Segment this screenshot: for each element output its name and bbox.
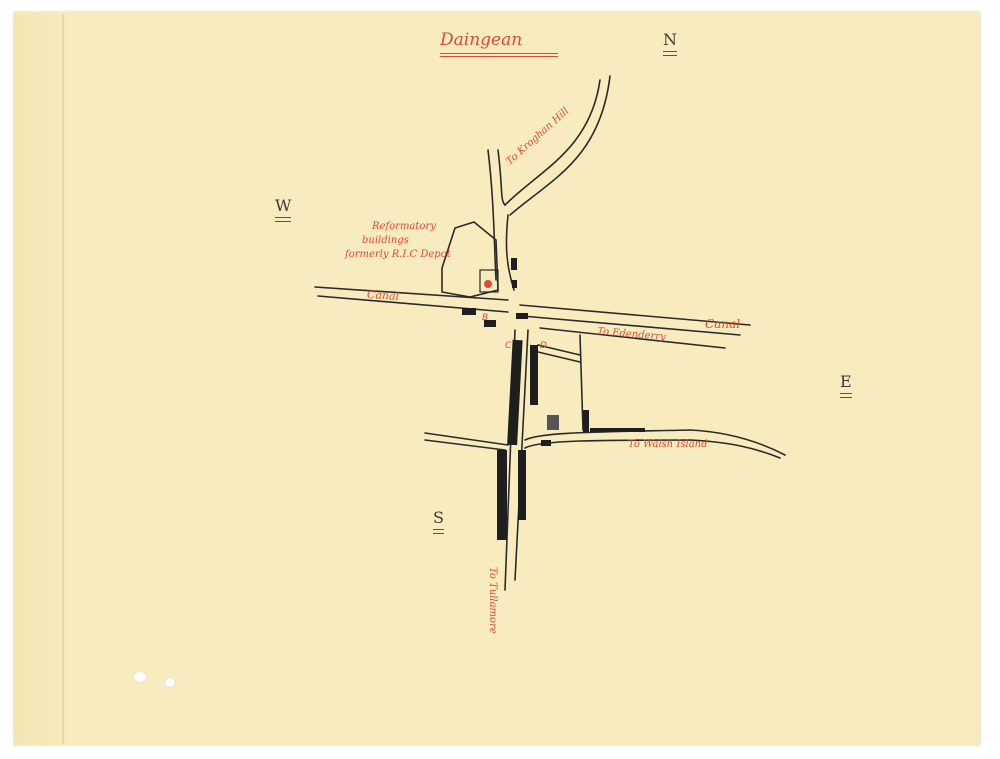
compass-north: N: [663, 30, 677, 56]
point-d: D: [540, 341, 547, 351]
north-road-west-edge: [488, 150, 496, 280]
building-block: [497, 450, 507, 540]
label-canal-west: Canal: [367, 289, 400, 302]
point-b: B: [482, 313, 488, 323]
label-to-walsh-island: To Walsh Island: [628, 440, 708, 450]
label-reformatory-line2: buildings: [362, 236, 409, 246]
road-to-kroghan-hill: [505, 80, 600, 205]
label-canal-east: Canal: [705, 318, 740, 330]
cross-road-west: [425, 433, 508, 445]
label-reformatory-line3: formerly R.I.C Depot: [345, 250, 451, 260]
map-title: Daingean: [440, 30, 558, 57]
label-to-tullamore: To Tullamore: [487, 567, 497, 634]
compass-west: W: [275, 196, 291, 222]
compass-south: S: [433, 508, 444, 534]
label-reformatory-line1: Reformatory: [372, 222, 436, 232]
point-c: C: [505, 341, 511, 351]
building-block: [507, 340, 522, 445]
compass-east: E: [840, 372, 852, 398]
